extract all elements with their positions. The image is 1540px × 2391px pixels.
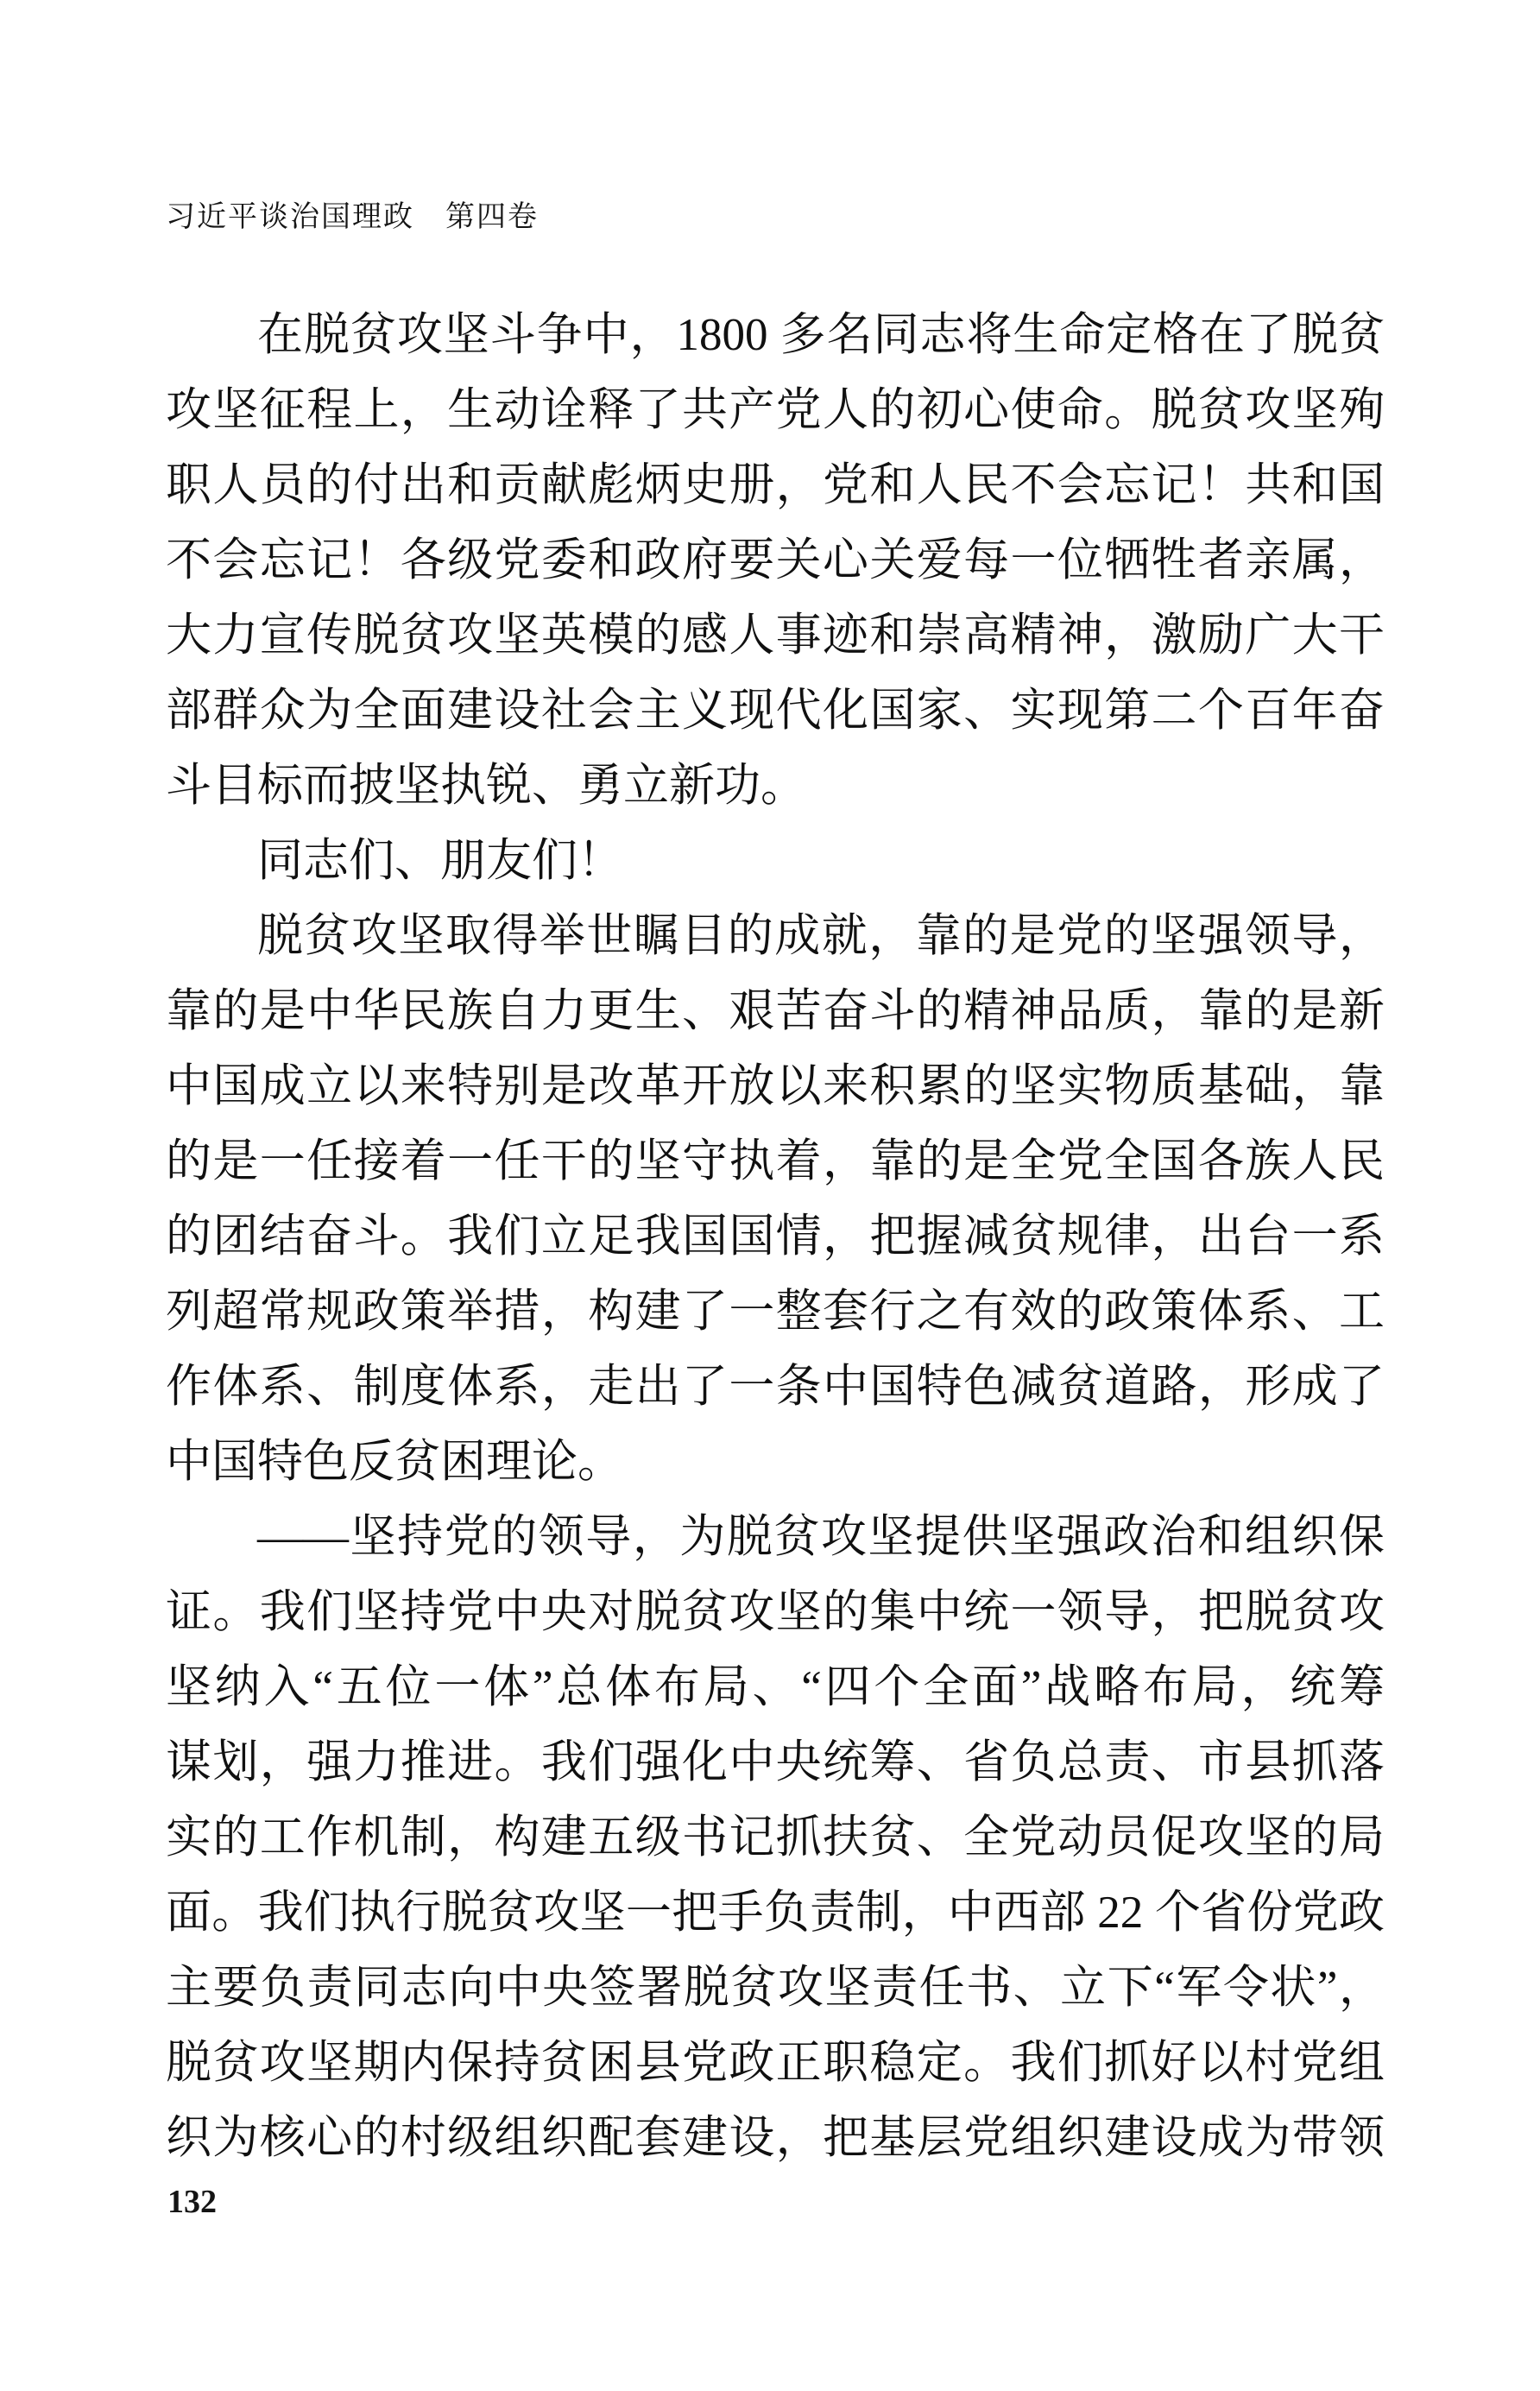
text-line: 坚纳入“五位一体”总体布局、“四个全面”战略布局，统筹	[166, 1650, 1385, 1725]
paragraph: ——坚持党的领导，为脱贫攻坚提供坚强政治和组织保证。我们坚持党中央对脱贫攻坚的集…	[166, 1500, 1385, 2176]
paragraph: 同志们、朋友们！	[166, 824, 1385, 899]
text-line: 主要负责同志向中央签署脱贫攻坚责任书、立下“军令状”，	[166, 1951, 1385, 2026]
text-line: 斗目标而披坚执锐、勇立新功。	[166, 749, 1385, 824]
text-line: 脱贫攻坚期内保持贫困县党政正职稳定。我们抓好以村党组	[166, 2026, 1385, 2101]
text-line: 证。我们坚持党中央对脱贫攻坚的集中统一领导，把脱贫攻	[166, 1575, 1385, 1650]
text-line: 中国特色反贫困理论。	[166, 1425, 1385, 1500]
text-line: 职人员的付出和贡献彪炳史册，党和人民不会忘记！共和国	[166, 448, 1385, 523]
text-line: 在脱贫攻坚斗争中，1800 多名同志将生命定格在了脱贫	[166, 298, 1385, 373]
text-line: 同志们、朋友们！	[166, 824, 1385, 899]
text-line: 谋划，强力推进。我们强化中央统筹、省负总责、市县抓落	[166, 1725, 1385, 1800]
text-line: 织为核心的村级组织配套建设，把基层党组织建设成为带领	[166, 2101, 1385, 2176]
text-line: 靠的是中华民族自力更生、艰苦奋斗的精神品质，靠的是新	[166, 974, 1385, 1049]
running-header: 习近平谈治国理政 第四卷	[166, 200, 539, 235]
book-page: 习近平谈治国理政 第四卷 在脱贫攻坚斗争中，1800 多名同志将生命定格在了脱贫…	[0, 0, 1540, 2391]
text-line: 的是一任接着一任干的坚守执着，靠的是全党全国各族人民	[166, 1124, 1385, 1199]
text-line: 不会忘记！各级党委和政府要关心关爱每一位牺牲者亲属，	[166, 523, 1385, 598]
page-number: 132	[167, 2183, 217, 2221]
text-line: 脱贫攻坚取得举世瞩目的成就，靠的是党的坚强领导，	[166, 899, 1385, 974]
paragraph: 在脱贫攻坚斗争中，1800 多名同志将生命定格在了脱贫攻坚征程上，生动诠释了共产…	[166, 298, 1385, 824]
paragraph: 脱贫攻坚取得举世瞩目的成就，靠的是党的坚强领导，靠的是中华民族自力更生、艰苦奋斗…	[166, 899, 1385, 1500]
text-line: 的团结奋斗。我们立足我国国情，把握减贫规律，出台一系	[166, 1199, 1385, 1275]
text-line: 面。我们执行脱贫攻坚一把手负责制，中西部 22 个省份党政	[166, 1875, 1385, 1951]
text-line: 部群众为全面建设社会主义现代化国家、实现第二个百年奋	[166, 674, 1385, 749]
text-line: 中国成立以来特别是改革开放以来积累的坚实物质基础，靠	[166, 1049, 1385, 1124]
text-line: 实的工作机制，构建五级书记抓扶贫、全党动员促攻坚的局	[166, 1800, 1385, 1875]
text-line: 作体系、制度体系，走出了一条中国特色减贫道路，形成了	[166, 1350, 1385, 1425]
text-line: 大力宣传脱贫攻坚英模的感人事迹和崇高精神，激励广大干	[166, 598, 1385, 674]
text-line: 列超常规政策举措，构建了一整套行之有效的政策体系、工	[166, 1275, 1385, 1350]
text-line: ——坚持党的领导，为脱贫攻坚提供坚强政治和组织保	[166, 1500, 1385, 1575]
text-line: 攻坚征程上，生动诠释了共产党人的初心使命。脱贫攻坚殉	[166, 373, 1385, 448]
body-text: 在脱贫攻坚斗争中，1800 多名同志将生命定格在了脱贫攻坚征程上，生动诠释了共产…	[166, 298, 1385, 2176]
